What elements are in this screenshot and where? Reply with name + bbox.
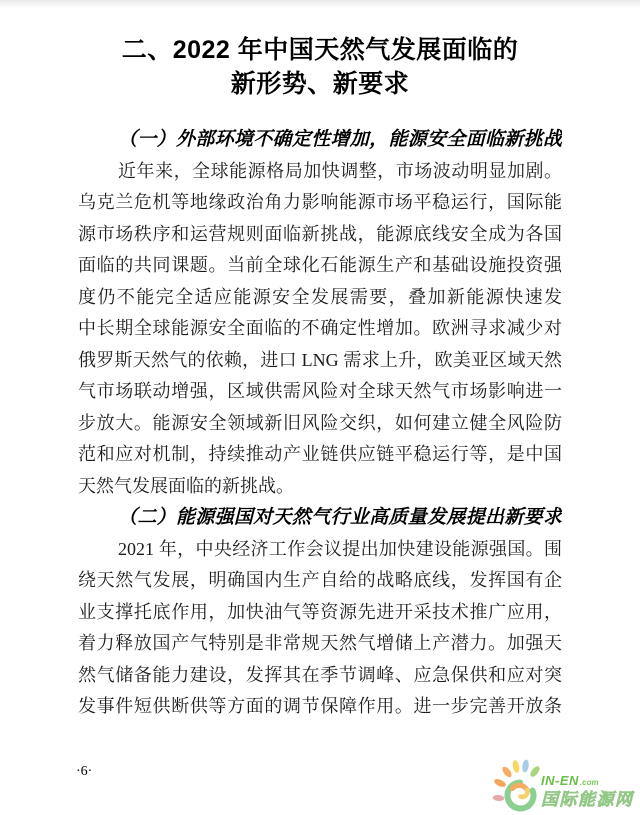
petal (492, 795, 504, 802)
body-line: 然气储备能力建设，发挥其在季节调峰、应急保供和应对突 (78, 660, 562, 692)
body-line: 乌克兰危机等地缘政治角力影响能源市场平稳运行，国际能 (78, 187, 562, 219)
inen-logo-text: IN-EN.com 国际能源网 (541, 774, 634, 809)
petal (529, 765, 542, 779)
body-line: 发事件短供断供等方面的调节保障作用。进一步完善开放条 (78, 691, 562, 723)
brand-suffix: .com (580, 778, 599, 787)
body-line: 俄罗斯天然气的依赖，进口 LNG 需求上升，欧美亚区域天然 (78, 345, 562, 377)
body-line: 着力释放国产气特别是非常规天然气增储上产潜力。加强天 (78, 628, 562, 660)
site-name: 国际能源网 (541, 790, 634, 809)
body-line: 源市场秩序和运营规则面临新挑战，能源底线安全成为各国 (78, 219, 562, 251)
document-page: 二、2022 年中国天然气发展面临的 新形势、新要求 （一）外部环境不确定性增加… (0, 0, 640, 815)
swirl-inner-arc-yellow (521, 790, 528, 797)
petal (512, 760, 520, 774)
petal (493, 777, 507, 788)
swirl-inner-arc-orange (513, 785, 528, 790)
body-line: 2021 年，中央经济工作会议提出加快建设能源强国。围 (78, 534, 562, 566)
brand-name: IN-EN.com (541, 774, 634, 790)
document-title: 二、2022 年中国天然气发展面临的 新形势、新要求 (0, 33, 640, 101)
body-line: 近年来，全球能源格局加快调整，市场波动明显加剧。 (78, 156, 562, 188)
page-number: ·6· (76, 764, 92, 780)
inen-logo-icon (492, 757, 544, 814)
section-1-heading: （一）外部环境不确定性增加，能源安全面临新挑战 (78, 124, 562, 156)
brand-main: IN-EN (541, 773, 579, 788)
body-line: 步放大。能源安全领域新旧风险交织，如何建立健全风险防 (78, 408, 562, 440)
body-line: 范和应对机制，持续推动产业链供应链平稳运行等，是中国 (78, 439, 562, 471)
petal (522, 759, 530, 773)
title-line-1: 二、2022 年中国天然气发展面临的 (0, 33, 640, 67)
inen-logo: IN-EN.com 国际能源网 (492, 757, 634, 814)
body-line: 面临的共同课题。当前全球化石能源生产和基础设施投资强 (78, 250, 562, 282)
petal (501, 765, 514, 779)
body-line: 业支撑托底作用，加快油气等资源先进开采技术推广应用， (78, 597, 562, 629)
body-line: 中长期全球能源安全面临的不确定性增加。欧洲寻求减少对 (78, 313, 562, 345)
body-line: 绕天然气发展，明确国内生产自给的战略底线，发挥国有企 (78, 565, 562, 597)
title-line-2: 新形势、新要求 (0, 67, 640, 101)
page-top-shadow (0, 0, 640, 8)
body-line: 度仍不能完全适应能源安全发展需要，叠加新能源快速发展， (78, 282, 562, 314)
body-line: 天然气发展面临的新挑战。 (78, 471, 562, 503)
section-2-heading: （二）能源强国对天然气行业高质量发展提出新要求 (78, 502, 562, 534)
body-line: 气市场联动增强，区域供需风险对全球天然气市场影响进一 (78, 376, 562, 408)
document-body: （一）外部环境不确定性增加，能源安全面临新挑战 近年来，全球能源格局加快调整，市… (78, 124, 562, 723)
